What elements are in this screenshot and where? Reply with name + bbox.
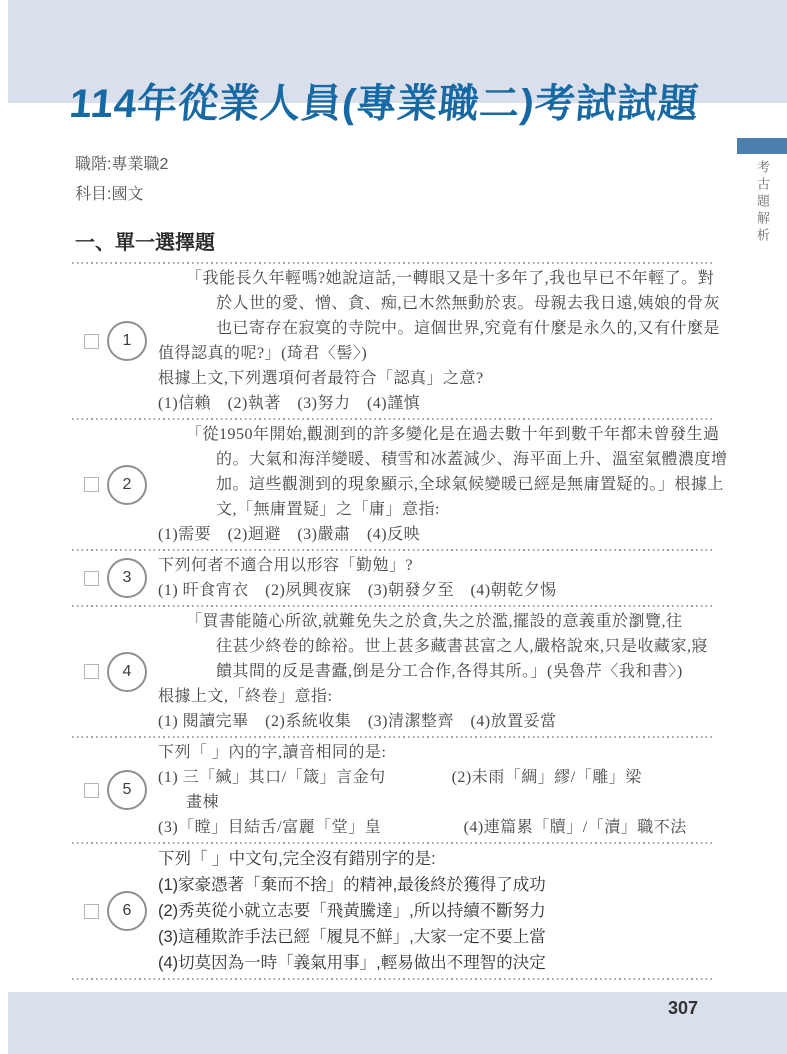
question-text: 「我能長久年輕嗎?她說這話,一轉眼又是十多年了,我也早已不年輕了。對於人世的愛、… xyxy=(158,266,720,416)
question-line: (2)秀英從小就立志要「飛黃騰達」,所以持續不斷努力 xyxy=(158,898,546,924)
answer-checkbox[interactable] xyxy=(84,571,99,586)
question-line: 加。這些觀測到的現象顯示,全球氣候變暖已經是無庸置疑的。」根據上 xyxy=(158,472,728,497)
question-row: 2「從1950年開始,觀測到的許多變化是在過去數十年到數千年都未曾發生過的。大氣… xyxy=(0,420,760,549)
question-line: (1)信賴 (2)執著 (3)努力 (4)謹慎 xyxy=(158,391,720,416)
question-row: 3下列何者不適合用以形容「勤勉」?(1) 旰食宵衣 (2)夙興夜寐 (3)朝發夕… xyxy=(0,551,760,605)
question-number-badge: 5 xyxy=(107,770,147,810)
question-line: (3)「瞠」目結舌/富麗「堂」皇 (4)連篇累「牘」/「瀆」職不法 xyxy=(158,815,687,840)
question-line: 根據上文,下列選項何者最符合「認真」之意? xyxy=(158,366,720,391)
exam-meta: 職階:專業職2 科目:國文 xyxy=(75,150,168,210)
question-line: (1) 三「緘」其口/「箴」言金句 (2)未雨「綢」繆/「雕」梁 xyxy=(158,765,687,790)
answer-checkbox[interactable] xyxy=(84,783,99,798)
question-line: 下列何者不適合用以形容「勤勉」? xyxy=(158,553,557,578)
exam-rank: 職階:專業職2 xyxy=(75,150,168,180)
answer-checkbox[interactable] xyxy=(84,664,99,679)
question-line: 值得認真的呢?」(琦君〈髻〉) xyxy=(158,341,720,366)
question-line: (1)家豪憑著「棄而不捨」的精神,最後終於獲得了成功 xyxy=(158,872,546,898)
question-row: 4「買書能隨心所欲,就難免失之於貪,失之於濫,擺設的意義重於瀏覽,往往甚少終卷的… xyxy=(0,607,760,736)
question-row: 5下列「 」內的字,讀音相同的是:(1) 三「緘」其口/「箴」言金句 (2)未雨… xyxy=(0,738,760,842)
section-heading: 一、單一選擇題 xyxy=(75,226,760,255)
question-row: 6下列「 」中文句,完全沒有錯別字的是:(1)家豪憑著「棄而不捨」的精神,最後終… xyxy=(0,844,760,978)
question-line: 畫棟 xyxy=(158,790,687,815)
question-row: 1「我能長久年輕嗎?她說這話,一轉眼又是十多年了,我也早已不年輕了。對於人世的愛… xyxy=(0,264,760,418)
question-line: 「買書能隨心所欲,就難免失之於貪,失之於濫,擺設的意義重於瀏覽,往 xyxy=(158,609,708,634)
question-text: 「買書能隨心所欲,就難免失之於貪,失之於濫,擺設的意義重於瀏覽,往往甚少終卷的餘… xyxy=(158,609,708,734)
question-line: 饋其間的反是書蠹,倒是分工合作,各得其所。」(吳魯芹〈我和書〉) xyxy=(158,659,708,684)
question-line: 下列「 」內的字,讀音相同的是: xyxy=(158,740,687,765)
question-line: 「從1950年開始,觀測到的許多變化是在過去數十年到數千年都未曾發生過 xyxy=(158,422,728,447)
page-number: 307 xyxy=(668,998,698,1019)
question-text: 下列「 」中文句,完全沒有錯別字的是:(1)家豪憑著「棄而不捨」的精神,最後終於… xyxy=(158,846,546,976)
question-text: 「從1950年開始,觀測到的許多變化是在過去數十年到數千年都未曾發生過的。大氣和… xyxy=(158,422,728,547)
question-line: 的。大氣和海洋變暖、積雪和冰蓋減少、海平面上升、溫室氣體濃度增 xyxy=(158,447,728,472)
page-title: 114年從業人員(專業職二)考試試題 xyxy=(68,72,702,129)
exam-subject: 科目:國文 xyxy=(75,180,168,210)
question-line: (1) 閱讀完畢 (2)系統收集 (3)清潔整齊 (4)放置妥當 xyxy=(158,709,708,734)
question-line: 下列「 」中文句,完全沒有錯別字的是: xyxy=(158,846,546,872)
question-text: 下列何者不適合用以形容「勤勉」?(1) 旰食宵衣 (2)夙興夜寐 (3)朝發夕至… xyxy=(158,553,557,603)
question-line: 文,「無庸置疑」之「庸」意指: xyxy=(158,497,728,522)
question-number-badge: 2 xyxy=(107,465,147,505)
question-line: (1)需要 (2)迴避 (3)嚴肅 (4)反映 xyxy=(158,522,728,547)
answer-checkbox[interactable] xyxy=(84,904,99,919)
question-section: 一、單一選擇題 1「我能長久年輕嗎?她說這話,一轉眼又是十多年了,我也早已不年輕… xyxy=(0,226,760,980)
question-line: 往甚少終卷的餘裕。世上甚多藏書甚富之人,嚴格說來,只是收藏家,寢 xyxy=(158,634,708,659)
question-text: 下列「 」內的字,讀音相同的是:(1) 三「緘」其口/「箴」言金句 (2)未雨「… xyxy=(158,740,687,840)
dotted-separator xyxy=(72,978,715,980)
question-number-badge: 1 xyxy=(107,321,147,361)
question-number-badge: 6 xyxy=(107,891,147,931)
question-line: 於人世的愛、憎、貪、痴,已木然無動於衷。母親去我日遠,姨娘的骨灰 xyxy=(158,291,720,316)
question-line: (3)這種欺詐手法已經「履見不鮮」,大家一定不要上當 xyxy=(158,924,546,950)
question-number-badge: 4 xyxy=(107,652,147,692)
questions: 1「我能長久年輕嗎?她說這話,一轉眼又是十多年了,我也早已不年輕了。對於人世的愛… xyxy=(0,264,760,980)
question-line: 也已寄存在寂寞的寺院中。這個世界,究竟有什麼是永久的,又有什麼是 xyxy=(158,316,720,341)
answer-checkbox[interactable] xyxy=(84,334,99,349)
question-line: (1) 旰食宵衣 (2)夙興夜寐 (3)朝發夕至 (4)朝乾夕惕 xyxy=(158,578,557,603)
side-tab-marker xyxy=(737,138,787,154)
question-line: 根據上文,「終卷」意指: xyxy=(158,684,708,709)
question-line: (4)切莫因為一時「義氣用事」,輕易做出不理智的決定 xyxy=(158,950,546,976)
question-line: 「我能長久年輕嗎?她說這話,一轉眼又是十多年了,我也早已不年輕了。對 xyxy=(158,266,720,291)
answer-checkbox[interactable] xyxy=(84,477,99,492)
question-number-badge: 3 xyxy=(107,558,147,598)
